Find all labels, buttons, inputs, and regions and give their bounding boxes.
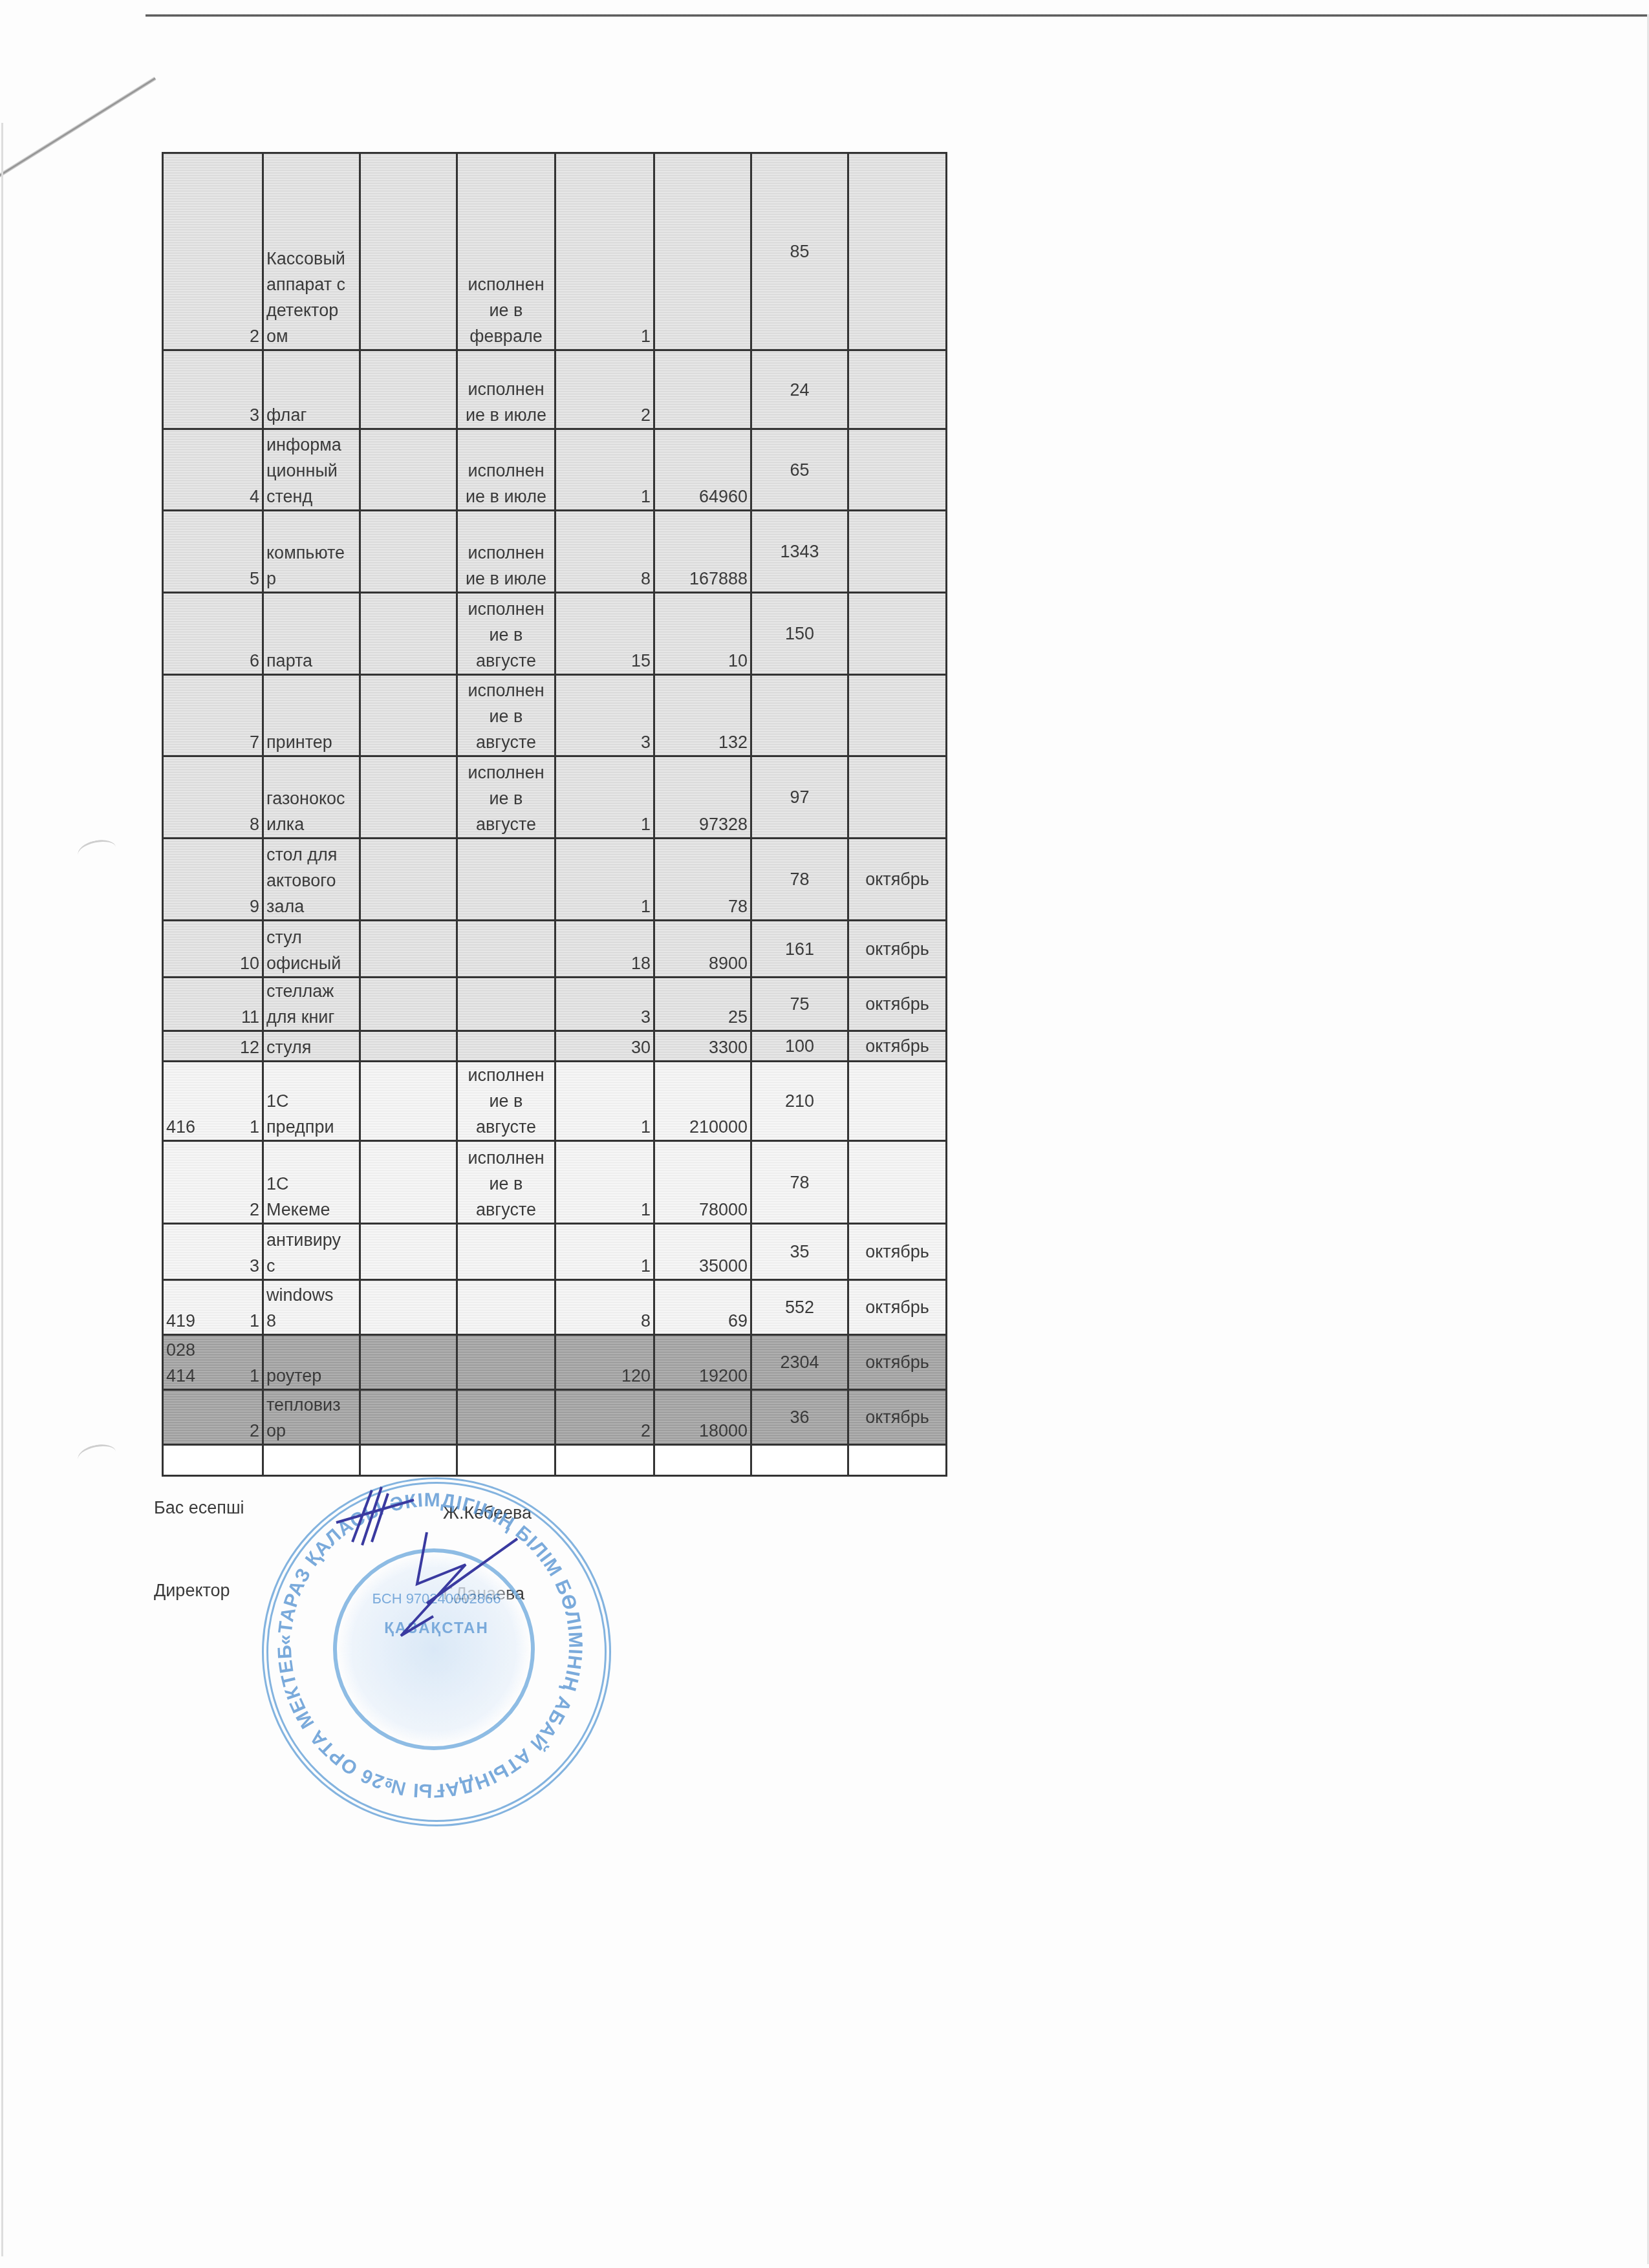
row-number-cell: 4161 <box>163 1062 263 1141</box>
row-number-cell: 2 <box>163 1141 263 1224</box>
item-name-cell: 1СМекеме <box>263 1141 360 1224</box>
item-name-cell: 1Спредпри <box>263 1062 360 1141</box>
amount-cell: 1343 <box>751 511 848 593</box>
empty-cell <box>360 511 457 593</box>
quantity-value: 8 <box>641 569 651 588</box>
execution-note-line: августе <box>476 651 536 670</box>
month-value: октябрь <box>865 1036 929 1056</box>
empty-cell <box>360 1224 457 1280</box>
quantity-cell: 3 <box>555 675 654 756</box>
amount-value: 65 <box>790 460 809 480</box>
month-cell: октябрь <box>848 1280 947 1335</box>
sum-value: 35000 <box>699 1256 748 1276</box>
item-name-line: 1С <box>266 1174 289 1193</box>
month-value: октябрь <box>865 994 929 1014</box>
table-row: 5компьютерисполнение в июле81678881343 <box>163 511 947 593</box>
execution-note-line: ие в июле <box>466 405 546 425</box>
execution-note-cell <box>457 978 555 1031</box>
table-row: 0284141роутер120192002304октябрь <box>163 1335 947 1390</box>
quantity-value: 1 <box>641 897 651 916</box>
quantity-cell: 1 <box>555 1141 654 1224</box>
sum-value: 78000 <box>699 1200 748 1219</box>
sum-cell: 97328 <box>654 756 751 839</box>
account-code: 416 <box>166 1114 195 1140</box>
amount-value: 36 <box>790 1407 809 1427</box>
month-cell: октябрь <box>848 1031 947 1062</box>
amount-value: 35 <box>790 1242 809 1261</box>
table-row: 12стуля303300100октябрь <box>163 1031 947 1062</box>
row-number-cell: 2 <box>163 153 263 350</box>
execution-note-line: феврале <box>469 326 542 346</box>
execution-note-line: августе <box>476 815 536 834</box>
execution-note-line: ие в <box>490 1174 523 1193</box>
item-name-line: стул <box>266 928 302 947</box>
execution-note-cell <box>457 921 555 978</box>
month-value: октябрь <box>865 1242 929 1261</box>
quantity-cell: 1 <box>555 429 654 511</box>
execution-note-cell: исполнение в июле <box>457 429 555 511</box>
row-number: 2 <box>250 1418 259 1444</box>
item-name-line: парта <box>266 651 312 670</box>
month-cell <box>848 675 947 756</box>
item-name-line: актового <box>266 871 336 890</box>
amount-value: 85 <box>790 242 809 261</box>
quantity-cell: 120 <box>555 1335 654 1390</box>
table-row: 7принтерисполнение вавгусте3132 <box>163 675 947 756</box>
quantity-cell: 15 <box>555 593 654 675</box>
item-name-line: для книг <box>266 1007 334 1027</box>
execution-note-cell <box>457 839 555 921</box>
sum-value: 25 <box>728 1007 748 1027</box>
sum-cell: 8900 <box>654 921 751 978</box>
row-number: 3 <box>250 1253 259 1279</box>
execution-note-line: исполнен <box>468 543 544 562</box>
row-number: 4 <box>250 484 259 509</box>
month-cell <box>848 350 947 429</box>
table-row-empty <box>163 1445 947 1476</box>
quantity-value: 1 <box>641 1117 651 1137</box>
item-name-cell: антивирус <box>263 1224 360 1280</box>
month-value: октябрь <box>865 1407 929 1427</box>
execution-note-line: исполнен <box>468 1065 544 1085</box>
sum-cell: 64960 <box>654 429 751 511</box>
empty-cell <box>360 1335 457 1390</box>
amount-cell: 210 <box>751 1062 848 1141</box>
row-number: 2 <box>250 323 259 349</box>
month-cell <box>848 511 947 593</box>
quantity-value: 8 <box>641 1311 651 1331</box>
month-cell <box>848 429 947 511</box>
sum-value: 8900 <box>709 954 748 973</box>
table-row: 2Кассовыйаппарат сдетекторомисполнение в… <box>163 153 947 350</box>
empty-cell <box>555 1445 654 1476</box>
scan-paper-edge-top <box>145 14 1649 17</box>
empty-cell <box>360 350 457 429</box>
amount-value: 24 <box>790 380 809 400</box>
item-name-line: предпри <box>266 1117 334 1137</box>
sum-cell: 19200 <box>654 1335 751 1390</box>
empty-cell <box>360 1280 457 1335</box>
month-cell <box>848 153 947 350</box>
empty-cell <box>848 1445 947 1476</box>
quantity-value: 30 <box>631 1038 651 1057</box>
item-name-cell: роутер <box>263 1335 360 1390</box>
quantity-cell: 2 <box>555 1390 654 1445</box>
amount-cell: 552 <box>751 1280 848 1335</box>
execution-note-line: исполнен <box>468 1148 544 1168</box>
empty-cell <box>360 675 457 756</box>
amount-value: 1343 <box>780 542 819 561</box>
item-name-line: Мекеме <box>266 1200 330 1219</box>
execution-note-line: исполнен <box>468 599 544 619</box>
execution-note-line: исполнен <box>468 681 544 700</box>
table-row: 9стол дляактовогозала17878октябрь <box>163 839 947 921</box>
item-name-line: 8 <box>266 1311 276 1331</box>
table-row: 10стулофисный188900161октябрь <box>163 921 947 978</box>
quantity-value: 1 <box>641 815 651 834</box>
account-code: 419 <box>166 1308 195 1334</box>
quantity-value: 2 <box>641 1421 651 1440</box>
quantity-cell: 8 <box>555 1280 654 1335</box>
row-number: 6 <box>250 648 259 674</box>
quantity-value: 3 <box>641 733 651 752</box>
quantity-cell: 1 <box>555 1224 654 1280</box>
item-name-cell: информационныйстенд <box>263 429 360 511</box>
execution-note-cell <box>457 1224 555 1280</box>
empty-cell <box>263 1445 360 1476</box>
sum-cell: 35000 <box>654 1224 751 1280</box>
sum-value: 69 <box>728 1311 748 1331</box>
empty-cell <box>360 153 457 350</box>
execution-note-line: августе <box>476 733 536 752</box>
amount-cell: 85 <box>751 153 848 350</box>
empty-cell <box>457 1445 555 1476</box>
amount-cell: 97 <box>751 756 848 839</box>
quantity-value: 1 <box>641 326 651 346</box>
item-name-line: информа <box>266 435 341 455</box>
empty-cell <box>751 1445 848 1476</box>
month-cell <box>848 1062 947 1141</box>
sum-value: 78 <box>728 897 748 916</box>
scan-paper-edge-left <box>1 123 3 2256</box>
amount-value: 100 <box>785 1036 814 1056</box>
execution-note-line: исполнен <box>468 380 544 399</box>
execution-note-line: августе <box>476 1200 536 1219</box>
item-name-cell: стол дляактовогозала <box>263 839 360 921</box>
execution-note-line: ие в <box>490 789 523 808</box>
execution-note-cell: исполнение в июле <box>457 511 555 593</box>
scan-folded-corner <box>0 76 156 182</box>
sum-cell: 132 <box>654 675 751 756</box>
execution-note-line: исполнен <box>468 763 544 782</box>
quantity-cell: 1 <box>555 153 654 350</box>
empty-cell <box>360 756 457 839</box>
table-row: 3флагисполнение в июле224 <box>163 350 947 429</box>
sum-cell: 78000 <box>654 1141 751 1224</box>
execution-note-cell: исполнение вавгусте <box>457 756 555 839</box>
amount-value: 78 <box>790 870 809 889</box>
table-row: 11стеллаждля книг32575октябрь <box>163 978 947 1031</box>
row-number-cell: 10 <box>163 921 263 978</box>
row-number: 8 <box>250 811 259 837</box>
execution-note-cell: исполнение вавгусте <box>457 1141 555 1224</box>
amount-cell: 78 <box>751 1141 848 1224</box>
execution-note-line: ие в <box>490 1091 523 1111</box>
row-number: 2 <box>250 1197 259 1223</box>
item-name-line: флаг <box>266 405 307 425</box>
amount-value: 552 <box>785 1298 814 1317</box>
amount-cell: 161 <box>751 921 848 978</box>
amount-value: 161 <box>785 939 814 959</box>
sum-cell <box>654 350 751 429</box>
item-name-cell: парта <box>263 593 360 675</box>
execution-note-line: ие в июле <box>466 487 546 506</box>
scan-punch-mark <box>76 837 118 866</box>
amount-cell: 78 <box>751 839 848 921</box>
item-name-line: 1С <box>266 1091 289 1111</box>
account-code: 028 <box>166 1337 195 1363</box>
execution-note-line: исполнен <box>468 275 544 294</box>
execution-note-cell <box>457 1390 555 1445</box>
row-number: 1 <box>250 1308 259 1334</box>
account-code-secondary: 414 <box>166 1363 195 1389</box>
row-number-cell: 7 <box>163 675 263 756</box>
amount-value: 75 <box>790 994 809 1014</box>
execution-note-cell <box>457 1031 555 1062</box>
quantity-value: 18 <box>631 954 651 973</box>
row-number-cell: 3 <box>163 1224 263 1280</box>
empty-cell <box>360 1390 457 1445</box>
item-name-cell: флаг <box>263 350 360 429</box>
item-name-line: зала <box>266 897 304 916</box>
month-value: октябрь <box>865 1353 929 1372</box>
sum-cell: 210000 <box>654 1062 751 1141</box>
table-row: 4информационныйстендисполнение в июле164… <box>163 429 947 511</box>
item-name-line: windows <box>266 1285 334 1305</box>
item-name-line: роутер <box>266 1366 321 1385</box>
row-number: 11 <box>241 1004 259 1030</box>
item-name-line: ционный <box>266 461 338 480</box>
row-number: 5 <box>250 566 259 592</box>
sum-cell <box>654 153 751 350</box>
item-name-line: ом <box>266 326 288 346</box>
row-number: 7 <box>250 729 259 755</box>
execution-note-cell: исполнение в июле <box>457 350 555 429</box>
amount-value: 97 <box>790 787 809 807</box>
item-name-cell: компьютер <box>263 511 360 593</box>
inventory-table-body: 2Кассовыйаппарат сдетекторомисполнение в… <box>163 153 947 1476</box>
amount-cell: 36 <box>751 1390 848 1445</box>
empty-cell <box>360 1445 457 1476</box>
sum-value: 3300 <box>709 1038 748 1057</box>
row-number-cell: 3 <box>163 350 263 429</box>
row-number: 1 <box>250 1114 259 1140</box>
item-name-line: принтер <box>266 733 332 752</box>
table-row: 41611Спредприисполнение вавгусте12100002… <box>163 1062 947 1141</box>
amount-value: 150 <box>785 624 814 643</box>
empty-cell <box>360 978 457 1031</box>
month-cell: октябрь <box>848 921 947 978</box>
sum-value: 10 <box>728 651 748 670</box>
item-name-line: стол для <box>266 845 337 864</box>
table-row: 21СМекемеисполнение вавгусте17800078 <box>163 1141 947 1224</box>
row-number: 10 <box>240 950 259 976</box>
item-name-cell: стулофисный <box>263 921 360 978</box>
month-cell: октябрь <box>848 1335 947 1390</box>
empty-cell <box>360 839 457 921</box>
empty-cell <box>360 1062 457 1141</box>
quantity-cell: 3 <box>555 978 654 1031</box>
month-cell: октябрь <box>848 978 947 1031</box>
amount-cell <box>751 675 848 756</box>
month-value: октябрь <box>865 870 929 889</box>
execution-note-line: ие в <box>490 301 523 320</box>
row-number-cell: 4191 <box>163 1280 263 1335</box>
item-name-line: стеллаж <box>266 981 334 1001</box>
quantity-value: 120 <box>621 1366 651 1385</box>
sum-value: 167888 <box>689 569 748 588</box>
execution-note-line: ие в июле <box>466 569 546 588</box>
row-number-cell: 8 <box>163 756 263 839</box>
chief-accountant-label: Бас есепші <box>154 1498 244 1518</box>
execution-note-cell <box>457 1335 555 1390</box>
execution-note-cell: исполнение вавгусте <box>457 675 555 756</box>
row-number: 9 <box>250 893 259 919</box>
scan-punch-mark <box>76 1441 118 1470</box>
sum-value: 210000 <box>689 1117 748 1137</box>
item-name-cell: стеллаждля книг <box>263 978 360 1031</box>
month-cell: октябрь <box>848 839 947 921</box>
quantity-cell: 1 <box>555 1062 654 1141</box>
table-row: 3антивирус13500035октябрь <box>163 1224 947 1280</box>
quantity-cell: 1 <box>555 839 654 921</box>
table-row: 8газонокосилкаисполнение вавгусте1973289… <box>163 756 947 839</box>
inventory-table: 2Кассовыйаппарат сдетекторомисполнение в… <box>162 152 947 1477</box>
execution-note-cell <box>457 1280 555 1335</box>
row-number: 3 <box>250 402 259 428</box>
item-name-line: детектор <box>266 301 338 320</box>
quantity-cell: 18 <box>555 921 654 978</box>
empty-cell <box>163 1445 263 1476</box>
execution-note-cell: исполнение вавгусте <box>457 1062 555 1141</box>
empty-cell <box>360 429 457 511</box>
sum-cell: 10 <box>654 593 751 675</box>
row-number: 12 <box>240 1034 259 1060</box>
amount-value: 210 <box>785 1091 814 1111</box>
amount-value: 78 <box>790 1173 809 1192</box>
execution-note-line: ие в <box>490 625 523 645</box>
empty-cell <box>360 593 457 675</box>
item-name-cell: принтер <box>263 675 360 756</box>
item-name-line: компьюте <box>266 543 345 562</box>
empty-cell <box>360 1031 457 1062</box>
item-name-line: тепловиз <box>266 1395 341 1415</box>
quantity-value: 1 <box>641 1200 651 1219</box>
item-name-line: илка <box>266 815 304 834</box>
sum-cell: 25 <box>654 978 751 1031</box>
item-name-line: газонокос <box>266 789 345 808</box>
sum-cell: 78 <box>654 839 751 921</box>
sum-value: 132 <box>718 733 748 752</box>
director-signature <box>388 1526 530 1642</box>
sum-value: 18000 <box>699 1421 748 1440</box>
month-cell <box>848 1141 947 1224</box>
item-name-cell: Кассовыйаппарат сдетектором <box>263 153 360 350</box>
row-number-cell: 9 <box>163 839 263 921</box>
item-name-cell: windows8 <box>263 1280 360 1335</box>
empty-cell <box>360 1141 457 1224</box>
row-number-cell: 0284141 <box>163 1335 263 1390</box>
row-number-cell: 12 <box>163 1031 263 1062</box>
amount-cell: 65 <box>751 429 848 511</box>
row-number-cell: 6 <box>163 593 263 675</box>
table-row: 2тепловизор21800036октябрь <box>163 1390 947 1445</box>
empty-cell <box>360 921 457 978</box>
item-name-line: аппарат с <box>266 275 345 294</box>
table-row: 6партаисполнение вавгусте1510150 <box>163 593 947 675</box>
item-name-line: антивиру <box>266 1230 341 1250</box>
row-number-cell: 11 <box>163 978 263 1031</box>
amount-cell: 100 <box>751 1031 848 1062</box>
empty-cell <box>654 1445 751 1476</box>
sum-value: 64960 <box>699 487 748 506</box>
amount-cell: 35 <box>751 1224 848 1280</box>
month-value: октябрь <box>865 939 929 959</box>
row-number-cell: 4 <box>163 429 263 511</box>
month-cell <box>848 756 947 839</box>
item-name-line: с <box>266 1256 275 1276</box>
execution-note-line: ие в <box>490 707 523 726</box>
item-name-line: стенд <box>266 487 312 506</box>
quantity-value: 1 <box>641 1256 651 1276</box>
execution-note-cell: исполнение вфеврале <box>457 153 555 350</box>
item-name-line: р <box>266 569 276 588</box>
table-row: 4191windows8869552октябрь <box>163 1280 947 1335</box>
amount-value: 2304 <box>780 1353 819 1372</box>
quantity-value: 2 <box>641 405 651 425</box>
sum-cell: 3300 <box>654 1031 751 1062</box>
quantity-value: 15 <box>631 651 651 670</box>
item-name-line: офисный <box>266 954 341 973</box>
quantity-cell: 1 <box>555 756 654 839</box>
month-cell <box>848 593 947 675</box>
amount-cell: 2304 <box>751 1335 848 1390</box>
row-number: 1 <box>250 1363 259 1389</box>
director-label: Директор <box>154 1581 230 1601</box>
item-name-cell: газонокосилка <box>263 756 360 839</box>
quantity-cell: 2 <box>555 350 654 429</box>
item-name-cell: тепловизор <box>263 1390 360 1445</box>
item-name-line: ор <box>266 1421 286 1440</box>
row-number-cell: 2 <box>163 1390 263 1445</box>
execution-note-line: августе <box>476 1117 536 1137</box>
month-cell: октябрь <box>848 1390 947 1445</box>
item-name-cell: стуля <box>263 1031 360 1062</box>
month-value: октябрь <box>865 1298 929 1317</box>
quantity-cell: 8 <box>555 511 654 593</box>
amount-cell: 75 <box>751 978 848 1031</box>
amount-cell: 24 <box>751 350 848 429</box>
sum-value: 97328 <box>699 815 748 834</box>
row-number-cell: 5 <box>163 511 263 593</box>
quantity-value: 3 <box>641 1007 651 1027</box>
sum-cell: 167888 <box>654 511 751 593</box>
item-name-line: стуля <box>266 1038 311 1057</box>
item-name-line: Кассовый <box>266 249 345 268</box>
amount-cell: 150 <box>751 593 848 675</box>
sum-cell: 69 <box>654 1280 751 1335</box>
quantity-cell: 30 <box>555 1031 654 1062</box>
